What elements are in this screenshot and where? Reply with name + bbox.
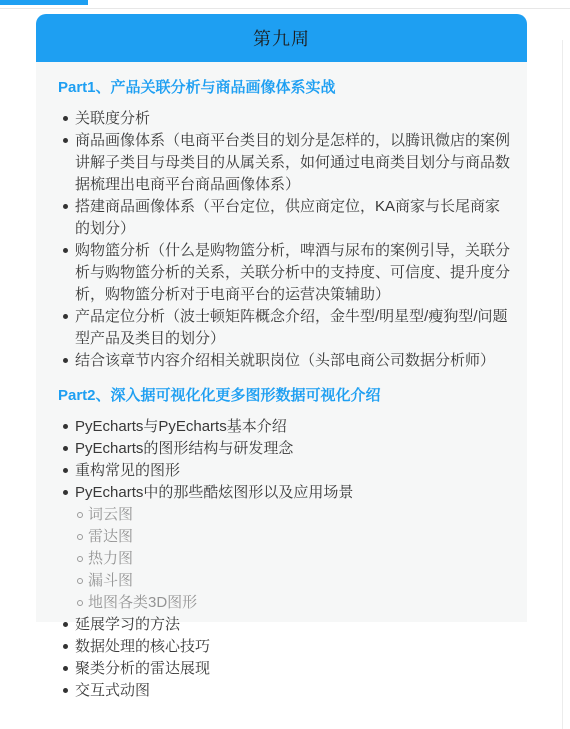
week-header[interactable]: 第九周 (36, 14, 527, 62)
list-item: 结合该章节内容介绍相关就职岗位（头部电商公司数据分析师） (75, 350, 511, 372)
list-item-text: 产品定位分析（波士顿矩阵概念介绍，金牛型/明星型/瘦狗型/问题型产品及类目的划分… (75, 308, 508, 347)
part2-heading: Part2、深入据可视化化更多图形数据可视化介绍 (58, 386, 511, 406)
list-item-text: PyEcharts的图形结构与研发理念 (75, 440, 293, 457)
list-item-text: 购物篮分析（什么是购物篮分析，啤酒与尿布的案例引导，关联分析与购物篮分析的关系，… (75, 242, 510, 303)
list-item-text: 延展学习的方法 (75, 616, 180, 633)
list-item: 产品定位分析（波士顿矩阵概念介绍，金牛型/明星型/瘦狗型/问题型产品及类目的划分… (75, 306, 511, 350)
week-body: Part1、产品关联分析与商品画像体系实战 关联度分析 商品画像体系（电商平台类… (36, 62, 527, 726)
sub-list-item-text: 雷达图 (88, 528, 133, 545)
list-item: 延展学习的方法 (75, 614, 511, 636)
list-item: 购物篮分析（什么是购物篮分析，啤酒与尿布的案例引导，关联分析与购物篮分析的关系，… (75, 240, 511, 306)
list-item: 数据处理的核心技巧 (75, 636, 511, 658)
list-item: PyEcharts中的那些酷炫图形以及应用场景 词云图 雷达图 热力图 漏斗图 … (75, 482, 511, 614)
list-item-text: 搭建商品画像体系（平台定位，供应商定位，KA商家与长尾商家的划分） (75, 198, 500, 237)
sub-list-item: 地图各类3D图形 (88, 592, 511, 614)
sub-list-item: 热力图 (88, 548, 511, 570)
list-item: 关联度分析 (75, 108, 511, 130)
list-item: PyEcharts与PyEcharts基本介绍 (75, 416, 511, 438)
list-item-text: 聚类分析的雷达展现 (75, 660, 210, 677)
list-item-text: 交互式动图 (75, 682, 150, 699)
sub-list-item-text: 地图各类3D图形 (88, 594, 197, 611)
part1-heading: Part1、产品关联分析与商品画像体系实战 (58, 78, 511, 98)
sub-list-item-text: 热力图 (88, 550, 133, 567)
sub-list-item: 雷达图 (88, 526, 511, 548)
week-card: 第九周 Part1、产品关联分析与商品画像体系实战 关联度分析 商品画像体系（电… (36, 14, 527, 726)
sub-list-item-text: 漏斗图 (88, 572, 133, 589)
top-progress-strip (0, 0, 88, 5)
list-item-text: 数据处理的核心技巧 (75, 638, 210, 655)
part1-list: 关联度分析 商品画像体系（电商平台类目的划分是怎样的，以腾讯微店的案例讲解子类目… (58, 108, 511, 372)
sub-list-item-text: 词云图 (88, 506, 133, 523)
week-title: 第九周 (253, 25, 310, 51)
list-item-text: 关联度分析 (75, 110, 150, 127)
right-frame-border (562, 40, 563, 729)
list-item-text: PyEcharts中的那些酷炫图形以及应用场景 (75, 484, 353, 501)
list-item-text: 重构常见的图形 (75, 462, 180, 479)
sub-list-item: 漏斗图 (88, 570, 511, 592)
part2-list: PyEcharts与PyEcharts基本介绍 PyEcharts的图形结构与研… (58, 416, 511, 702)
list-item: 重构常见的图形 (75, 460, 511, 482)
list-item: 聚类分析的雷达展现 (75, 658, 511, 680)
list-item: 交互式动图 (75, 680, 511, 702)
top-divider-line (0, 8, 570, 9)
list-item-text: 商品画像体系（电商平台类目的划分是怎样的，以腾讯微店的案例讲解子类目与母类目的从… (75, 132, 510, 193)
cool-charts-sublist: 词云图 雷达图 热力图 漏斗图 地图各类3D图形 (75, 504, 511, 614)
sub-list-item: 词云图 (88, 504, 511, 526)
list-item-text: 结合该章节内容介绍相关就职岗位（头部电商公司数据分析师） (75, 352, 495, 369)
list-item: PyEcharts的图形结构与研发理念 (75, 438, 511, 460)
list-item: 搭建商品画像体系（平台定位，供应商定位，KA商家与长尾商家的划分） (75, 196, 511, 240)
list-item-text: PyEcharts与PyEcharts基本介绍 (75, 418, 287, 435)
list-item: 商品画像体系（电商平台类目的划分是怎样的，以腾讯微店的案例讲解子类目与母类目的从… (75, 130, 511, 196)
